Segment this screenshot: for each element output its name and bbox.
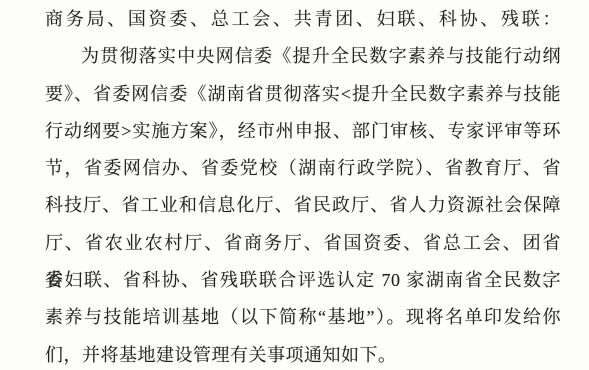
text-line: 素养与技能培训基地（以下简称“基地”）。现将名单印发给你 — [45, 299, 561, 336]
text-line: 行动纲要>实施方案》，经市州申报、部门审核、专家评审等环 — [45, 113, 561, 150]
text-line-last: 们，并将基地建设管理有关事项通知如下。 — [45, 337, 561, 370]
document-page: 商务局、国资委、总工会、共青团、妇联、科协、残联： 为贯彻落实中央网信委《提升全… — [0, 0, 589, 370]
text-line-recipients: 商务局、国资委、总工会、共青团、妇联、科协、残联： — [45, 1, 561, 38]
text-line: 科技厅、省工业和信息化厅、省民政厅、省人力资源社会保障 — [45, 187, 561, 224]
text-line: 为贯彻落实中央网信委《提升全民数字素养与技能行动纲 — [45, 38, 561, 75]
notice-body-text: 商务局、国资委、总工会、共青团、妇联、科协、残联： 为贯彻落实中央网信委《提升全… — [45, 1, 561, 370]
text-line: 厅、省农业农村厅、省商务厅、省国资委、省总工会、团省委、 — [45, 225, 561, 262]
text-line: 省妇联、省科协、省残联联合评选认定 70 家湖南省全民数字 — [45, 262, 561, 299]
text-line: 节，省委网信办、省委党校（湖南行政学院）、省教育厅、省 — [45, 150, 561, 187]
text-line: 要》、省委网信委《湖南省贯彻落实<提升全民数字素养与技能 — [45, 76, 561, 113]
